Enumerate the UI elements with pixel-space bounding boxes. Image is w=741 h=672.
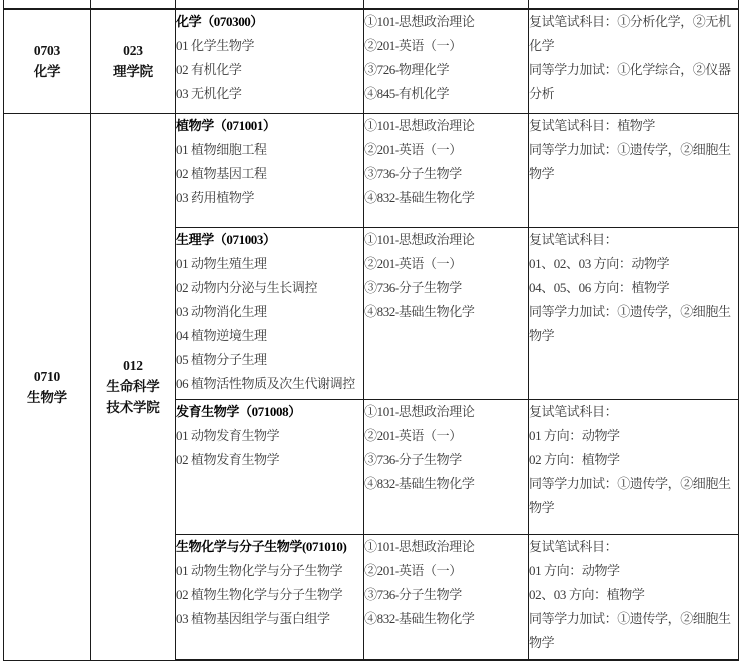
retest-line: 02、03 方向：植物学 bbox=[529, 583, 738, 607]
retest-line: 01 方向：动物学 bbox=[529, 559, 738, 583]
major-cell: 植物学（071001） 01 植物细胞工程 02 植物基因工程 03 药用植物学 bbox=[176, 113, 364, 227]
major-cell: 发育生物学（071008） 01 动物发育生物学 02 植物发育生物学 bbox=[176, 399, 364, 534]
exam-subject-line: ④832-基础生物化学 bbox=[364, 300, 528, 324]
empty-cell bbox=[364, 0, 529, 9]
exam-subject-line: ②201-英语（一） bbox=[364, 138, 528, 162]
exam-subject-line: ④832-基础生物化学 bbox=[364, 607, 528, 631]
retest-line: 复试笔试科目：植物学 bbox=[529, 114, 738, 138]
direction-line: 03 无机化学 bbox=[176, 82, 363, 106]
exam-subject-line: ④832-基础生物化学 bbox=[364, 472, 528, 496]
exam-subject-line: ③736-分子生物学 bbox=[364, 448, 528, 472]
retest-line: 04、05、06 方向：植物学 bbox=[529, 276, 738, 300]
direction-line: 04 植物逆境生理 bbox=[176, 324, 363, 348]
direction-line: 01 植物细胞工程 bbox=[176, 138, 363, 162]
discipline-code: 0710 bbox=[4, 366, 90, 387]
retest-line: 复试笔试科目： bbox=[529, 400, 738, 424]
direction-line: 02 植物发育生物学 bbox=[176, 448, 363, 472]
exam-subject-line: ①101-思想政治理论 bbox=[364, 400, 528, 424]
direction-line: 01 动物生殖生理 bbox=[176, 252, 363, 276]
direction-line: 06 植物活性物质及次生代谢调控 bbox=[176, 372, 363, 396]
retest-line: 同等学力加试：①遗传学，②细胞生物学 bbox=[529, 607, 738, 655]
direction-line: 03 植物基因组学与蛋白组学 bbox=[176, 607, 363, 631]
direction-line: 02 植物生物化学与分子生物学 bbox=[176, 583, 363, 607]
exam-subjects-cell: ①101-思想政治理论 ②201-英语（一） ③726-物理化学 ④845-有机… bbox=[364, 9, 529, 113]
college-name: 理学院 bbox=[91, 61, 175, 82]
empty-cell bbox=[176, 0, 364, 9]
college-code: 012 bbox=[91, 355, 175, 376]
direction-line: 02 动物内分泌与生长调控 bbox=[176, 276, 363, 300]
exam-subject-line: ②201-英语（一） bbox=[364, 34, 528, 58]
exam-subject-line: ②201-英语（一） bbox=[364, 424, 528, 448]
retest-cell: 复试笔试科目：植物学 同等学力加试：①遗传学，②细胞生物学 bbox=[529, 113, 739, 227]
admissions-table: 0703 化学 023 理学院 化学（070300） 01 化学生物学 02 有… bbox=[3, 0, 739, 661]
major-title: 发育生物学（071008） bbox=[176, 400, 363, 424]
exam-subject-line: ④845-有机化学 bbox=[364, 82, 528, 106]
exam-subjects-cell: ①101-思想政治理论 ②201-英语（一） ③736-分子生物学 ④832-基… bbox=[364, 534, 529, 660]
empty-cell bbox=[91, 0, 176, 9]
exam-subject-line: ①101-思想政治理论 bbox=[364, 228, 528, 252]
document-page: 0703 化学 023 理学院 化学（070300） 01 化学生物学 02 有… bbox=[0, 0, 741, 672]
retest-line: 复试笔试科目：①分析化学，②无机化学 bbox=[529, 10, 738, 58]
exam-subject-line: ④832-基础生物化学 bbox=[364, 186, 528, 210]
retest-cell: 复试笔试科目： 01 方向：动物学 02、03 方向：植物学 同等学力加试：①遗… bbox=[529, 534, 739, 660]
retest-line: 同等学力加试：①化学综合，②仪器分析 bbox=[529, 58, 738, 106]
retest-line: 同等学力加试：①遗传学，②细胞生物学 bbox=[529, 138, 738, 186]
exam-subject-line: ③736-分子生物学 bbox=[364, 162, 528, 186]
exam-subjects-cell: ①101-思想政治理论 ②201-英语（一） ③736-分子生物学 ④832-基… bbox=[364, 399, 529, 534]
direction-line: 03 药用植物学 bbox=[176, 186, 363, 210]
retest-line: 复试笔试科目： bbox=[529, 535, 738, 559]
empty-cell bbox=[529, 0, 739, 9]
college-name: 生命科学 bbox=[91, 376, 175, 397]
direction-line: 01 动物发育生物学 bbox=[176, 424, 363, 448]
college-code: 023 bbox=[91, 40, 175, 61]
exam-subject-line: ③736-分子生物学 bbox=[364, 583, 528, 607]
exam-subjects-cell: ①101-思想政治理论 ②201-英语（一） ③736-分子生物学 ④832-基… bbox=[364, 113, 529, 227]
direction-line: 05 植物分子生理 bbox=[176, 348, 363, 372]
retest-line: 01 方向：动物学 bbox=[529, 424, 738, 448]
exam-subject-line: ③736-分子生物学 bbox=[364, 276, 528, 300]
row-chemistry: 0703 化学 023 理学院 化学（070300） 01 化学生物学 02 有… bbox=[4, 9, 739, 113]
direction-line: 03 动物消化生理 bbox=[176, 300, 363, 324]
exam-subjects-cell: ①101-思想政治理论 ②201-英语（一） ③736-分子生物学 ④832-基… bbox=[364, 227, 529, 399]
retest-cell: 复试笔试科目： 01 方向：动物学 02 方向：植物学 同等学力加试：①遗传学，… bbox=[529, 399, 739, 534]
exam-subject-line: ②201-英语（一） bbox=[364, 252, 528, 276]
retest-cell: 复试笔试科目：①分析化学，②无机化学 同等学力加试：①化学综合，②仪器分析 bbox=[529, 9, 739, 113]
direction-line: 01 化学生物学 bbox=[176, 34, 363, 58]
discipline-name: 化学 bbox=[4, 61, 90, 82]
direction-line: 02 有机化学 bbox=[176, 58, 363, 82]
discipline-code: 0703 bbox=[4, 40, 90, 61]
empty-cell bbox=[4, 0, 91, 9]
exam-subject-line: ③726-物理化学 bbox=[364, 58, 528, 82]
college-name: 技术学院 bbox=[91, 397, 175, 418]
discipline-code-cell: 0710 生物学 bbox=[4, 113, 91, 660]
retest-line: 复试笔试科目： bbox=[529, 228, 738, 252]
major-cell: 化学（070300） 01 化学生物学 02 有机化学 03 无机化学 bbox=[176, 9, 364, 113]
exam-subject-line: ②201-英语（一） bbox=[364, 559, 528, 583]
exam-subject-line: ①101-思想政治理论 bbox=[364, 10, 528, 34]
college-cell: 012 生命科学 技术学院 bbox=[91, 113, 176, 660]
major-title: 生物化学与分子生物学(071010) bbox=[176, 535, 363, 559]
major-title: 生理学（071003） bbox=[176, 228, 363, 252]
major-title: 化学（070300） bbox=[176, 10, 363, 34]
college-cell: 023 理学院 bbox=[91, 9, 176, 113]
exam-subject-line: ①101-思想政治理论 bbox=[364, 114, 528, 138]
retest-line: 01、02、03 方向：动物学 bbox=[529, 252, 738, 276]
major-cell: 生物化学与分子生物学(071010) 01 动物生物化学与分子生物学 02 植物… bbox=[176, 534, 364, 660]
previous-row-sliver bbox=[4, 0, 739, 9]
retest-cell: 复试笔试科目： 01、02、03 方向：动物学 04、05、06 方向：植物学 … bbox=[529, 227, 739, 399]
direction-line: 01 动物生物化学与分子生物学 bbox=[176, 559, 363, 583]
major-title: 植物学（071001） bbox=[176, 114, 363, 138]
major-cell: 生理学（071003） 01 动物生殖生理 02 动物内分泌与生长调控 03 动… bbox=[176, 227, 364, 399]
retest-line: 同等学力加试：①遗传学，②细胞生物学 bbox=[529, 300, 738, 348]
discipline-code-cell: 0703 化学 bbox=[4, 9, 91, 113]
retest-line: 同等学力加试：①遗传学，②细胞生物学 bbox=[529, 472, 738, 520]
exam-subject-line: ①101-思想政治理论 bbox=[364, 535, 528, 559]
direction-line: 02 植物基因工程 bbox=[176, 162, 363, 186]
retest-line: 02 方向：植物学 bbox=[529, 448, 738, 472]
row-botany: 0710 生物学 012 生命科学 技术学院 植物学（071001） 01 植物… bbox=[4, 113, 739, 227]
discipline-name: 生物学 bbox=[4, 387, 90, 408]
